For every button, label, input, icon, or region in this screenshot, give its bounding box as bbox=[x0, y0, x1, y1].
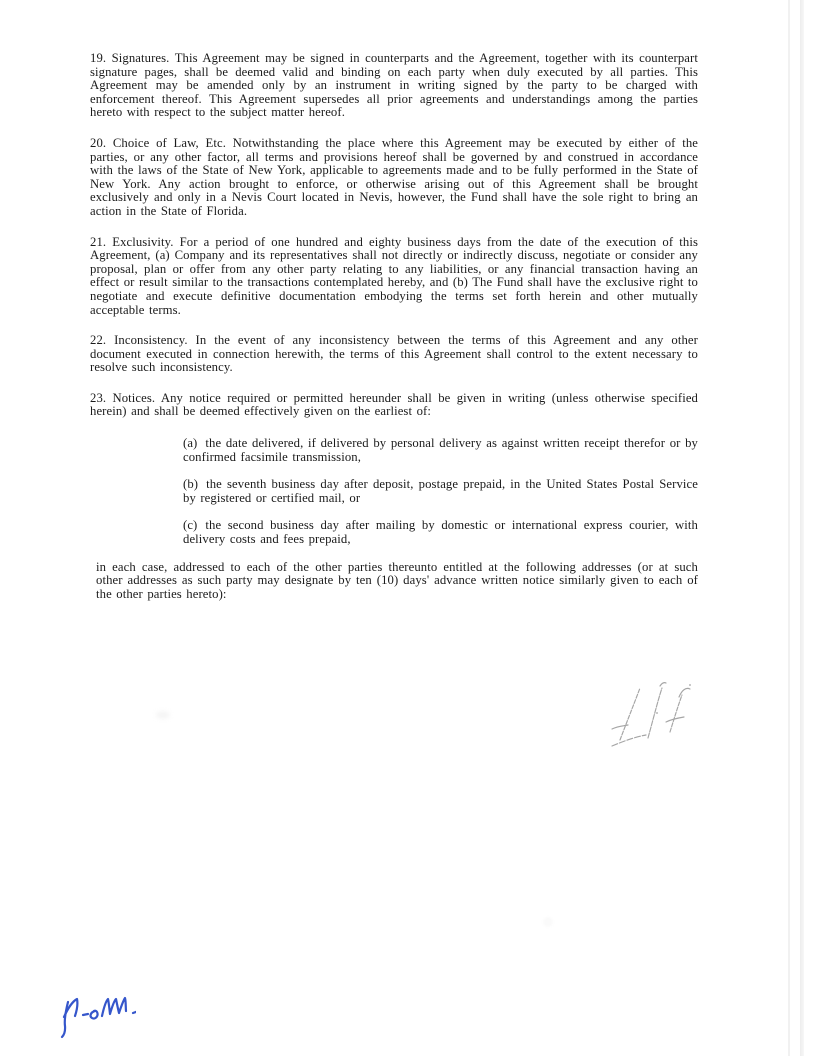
notice-item-c-text: the second business day after mailing by… bbox=[183, 518, 698, 546]
notice-item-b-text: the seventh business day after deposit, … bbox=[183, 477, 698, 505]
paragraph-22-inconsistency: 22. Inconsistency. In the event of any i… bbox=[90, 334, 698, 375]
notice-item-a: (a)the date delivered, if delivered by p… bbox=[183, 437, 698, 464]
notice-item-b-label: (b) bbox=[183, 477, 206, 491]
scan-smudge-artifact bbox=[156, 711, 170, 719]
scan-line-artifact bbox=[788, 0, 790, 1056]
scan-line-artifact bbox=[800, 0, 804, 1056]
notice-item-c: (c)the second business day after mailing… bbox=[183, 519, 698, 546]
scan-smudge-artifact bbox=[543, 917, 553, 927]
notice-item-c-label: (c) bbox=[183, 518, 205, 532]
document-body: 19. Signatures. This Agreement may be si… bbox=[90, 52, 698, 618]
paragraph-23-notices-intro: 23. Notices. Any notice required or perm… bbox=[90, 392, 698, 419]
paragraph-20-choice-of-law: 20. Choice of Law, Etc. Notwithstanding … bbox=[90, 137, 698, 219]
pencil-initials-mark bbox=[610, 682, 698, 748]
notice-list: (a)the date delivered, if delivered by p… bbox=[183, 437, 698, 547]
ink-initials-mark bbox=[56, 992, 136, 1040]
notice-item-b: (b)the seventh business day after deposi… bbox=[183, 478, 698, 505]
paragraph-21-exclusivity: 21. Exclusivity. For a period of one hun… bbox=[90, 236, 698, 318]
closing-paragraph: in each case, addressed to each of the o… bbox=[96, 561, 698, 602]
document-page: 19. Signatures. This Agreement may be si… bbox=[0, 0, 816, 1056]
paragraph-19-signatures: 19. Signatures. This Agreement may be si… bbox=[90, 52, 698, 120]
notice-item-a-text: the date delivered, if delivered by pers… bbox=[183, 436, 698, 464]
notice-item-a-label: (a) bbox=[183, 436, 205, 450]
